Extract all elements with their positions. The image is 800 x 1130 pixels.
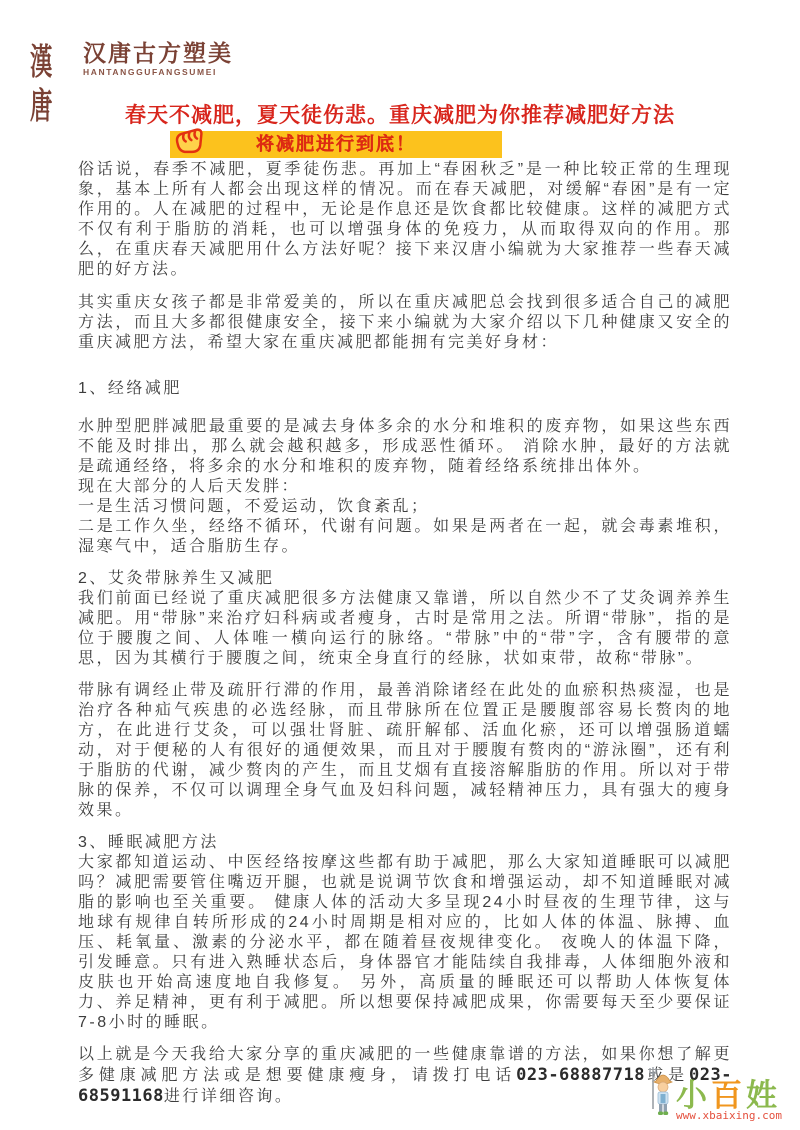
site-watermark: 小百姓 www.xbaixing.com	[648, 1065, 796, 1122]
section-1-line-intro: 现在大部分的人后天发胖：	[78, 477, 732, 497]
watermark-char-2: 百	[711, 1078, 746, 1113]
slogan-text: 将减肥进行到底！	[256, 131, 416, 158]
watermark-char-1: 小	[676, 1078, 711, 1113]
watermark-text-block: 小百姓 www.xbaixing.com	[676, 1081, 782, 1122]
section-3-paragraph: 大家都知道运动、中医经络按摩这些都有助于减肥，那么大家知道睡眠可以减肥吗？减肥需…	[78, 853, 732, 1033]
brand-subtitle: HANTANGGUFANGSUMEI	[83, 67, 233, 77]
page-title: 春天不减肥，夏天徒伤悲。重庆减肥为你推荐减肥好方法	[0, 99, 800, 129]
slogan-banner: 将减肥进行到底！	[170, 131, 502, 158]
section-1-paragraph: 水肿型肥胖减肥最重要的是减去身体多余的水分和堆积的废弃物，如果这些东西不能及时排…	[78, 417, 732, 477]
section-3-heading: 3、睡眠减肥方法	[78, 833, 732, 853]
paragraph-intro: 俗话说，春季不减肥，夏季徒伤悲。再加上“春困秋乏”是一种比较正常的生理现象，基本…	[78, 160, 732, 280]
farmer-mascot-icon	[648, 1065, 674, 1122]
section-1-heading: 1、经络减肥	[78, 379, 732, 399]
watermark-site-name: 小百姓	[676, 1081, 781, 1111]
section-2-paragraph-1: 我们前面已经说了重庆减肥很多方法健康又靠谱，所以自然少不了艾灸调养养生减肥。用“…	[78, 589, 732, 669]
paragraph-contact: 以上就是今天我给大家分享的重庆减肥的一些健康靠谱的方法，如果你想了解更多健康减肥…	[78, 1045, 732, 1107]
section-1-reason-2: 二是工作久坐，经络不循环，代谢有问题。如果是两者在一起，就会毒素堆积，湿寒气中，…	[78, 517, 732, 557]
article-page: 漢唐 汉唐古方塑美 HANTANGGUFANGSUMEI 春天不减肥，夏天徒伤悲…	[0, 0, 800, 1130]
article-body: 俗话说，春季不减肥，夏季徒伤悲。再加上“春困秋乏”是一种比较正常的生理现象，基本…	[78, 160, 732, 1107]
contact-text-after: 进行详细咨询。	[164, 1088, 294, 1105]
brand-logo-text: 汉唐古方塑美 HANTANGGUFANGSUMEI	[83, 40, 233, 77]
section-2-heading: 2、艾灸带脉养生又减肥	[78, 569, 732, 589]
fist-icon	[172, 124, 206, 158]
paragraph-overview: 其实重庆女孩子都是非常爱美的，所以在重庆减肥总会找到很多适合自己的减肥方法，而且…	[78, 293, 732, 353]
brand-name: 汉唐古方塑美	[83, 40, 233, 66]
section-2-paragraph-2: 带脉有调经止带及疏肝行滞的作用，最善消除诸经在此处的血瘀积热痰湿，也是治疗各种疝…	[78, 681, 732, 821]
phone-number-1: 023-68887718	[516, 1065, 645, 1085]
watermark-url: www.xbaixing.com	[676, 1109, 782, 1122]
watermark-char-3: 姓	[746, 1078, 781, 1113]
section-1-reason-1: 一是生活习惯问题，不爱运动，饮食紊乱；	[78, 497, 732, 517]
